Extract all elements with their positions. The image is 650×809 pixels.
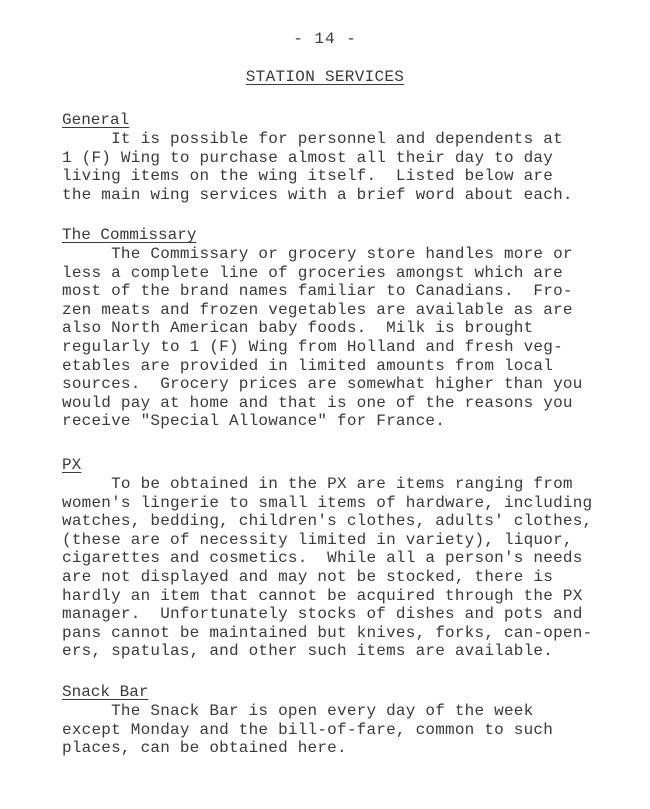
text-line: except Monday and the bill-of-fare, comm… [62, 721, 622, 740]
text-line: most of the brand names familiar to Cana… [62, 282, 622, 301]
heading-text: The Commissary [62, 226, 196, 244]
section-px: PX To be obtained in the PX are items ra… [62, 456, 622, 661]
section-heading: General [62, 111, 622, 130]
text-line: regularly to 1 (F) Wing from Holland and… [62, 338, 622, 357]
heading-text: General [62, 111, 129, 129]
page-title: STATION SERVICES [246, 68, 404, 86]
text-line: watches, bedding, children's clothes, ad… [62, 512, 622, 531]
text-line: women's lingerie to small items of hardw… [62, 494, 622, 513]
text-line: manager. Unfortunately stocks of dishes … [62, 605, 622, 624]
text-line: are not displayed and may not be stocked… [62, 568, 622, 587]
text-line: To be obtained in the PX are items rangi… [62, 475, 622, 494]
text-line: the main wing services with a brief word… [62, 186, 622, 205]
text-line: etables are provided in limited amounts … [62, 357, 622, 376]
text-line: living items on the wing itself. Listed … [62, 167, 622, 186]
text-line: less a complete line of groceries amongs… [62, 264, 622, 283]
section-heading: PX [62, 456, 622, 475]
text-line: zen meats and frozen vegetables are avai… [62, 301, 622, 320]
text-line: ers, spatulas, and other such items are … [62, 642, 622, 661]
text-line: pans cannot be maintained but knives, fo… [62, 624, 622, 643]
text-line: also North American baby foods. Milk is … [62, 319, 622, 338]
text-line: The Commissary or grocery store handles … [62, 245, 622, 264]
text-line: (these are of necessity limited in varie… [62, 531, 622, 550]
heading-text: Snack Bar [62, 683, 148, 701]
text-line: 1 (F) Wing to purchase almost all their … [62, 149, 622, 168]
section-heading: The Commissary [62, 226, 622, 245]
section-heading: Snack Bar [62, 683, 622, 702]
text-line: The Snack Bar is open every day of the w… [62, 702, 622, 721]
heading-text: PX [62, 456, 81, 474]
text-line: would pay at home and that is one of the… [62, 394, 622, 413]
section-snack-bar: Snack Bar The Snack Bar is open every da… [62, 683, 622, 758]
text-line: sources. Grocery prices are somewhat hig… [62, 375, 622, 394]
text-line: It is possible for personnel and depende… [62, 130, 622, 149]
section-general: General It is possible for personnel and… [62, 111, 622, 204]
section-commissary: The Commissary The Commissary or grocery… [62, 226, 622, 431]
text-line: hardly an item that cannot be acquired t… [62, 587, 622, 606]
text-line: places, can be obtained here. [62, 739, 622, 758]
text-line: receive "Special Allowance" for France. [62, 412, 622, 431]
document-page: - 14 - STATION SERVICES General It is po… [0, 0, 650, 809]
text-line: cigarettes and cosmetics. While all a pe… [62, 549, 622, 568]
page-title-wrap: STATION SERVICES [0, 68, 650, 86]
page-number: - 14 - [0, 30, 650, 48]
